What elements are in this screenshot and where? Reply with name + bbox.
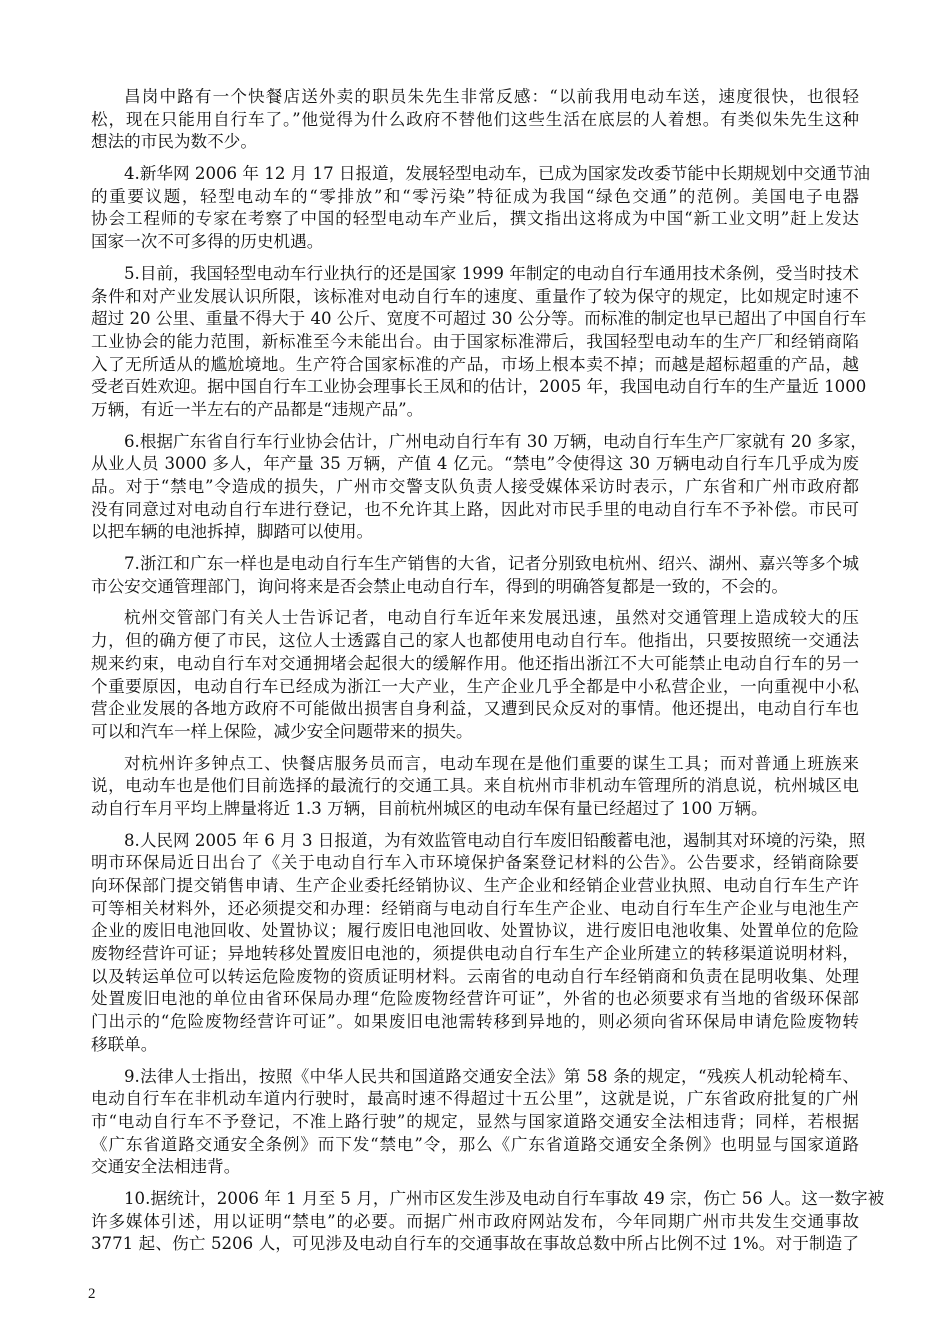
text-line: 对杭州许多钟点工、快餐店服务员而言，电动车现在是他们重要的谋生工具；而对普通上班… bbox=[91, 753, 859, 776]
paragraph-4: 4.新华网 2006 年 12 月 17 日报道，发展轻型电动车，已成为国家发改… bbox=[91, 163, 859, 254]
text-line: 明市环保局近日出台了《关于电动自行车入市环境保护备案登记材料的公告》。公告要求，… bbox=[91, 852, 859, 875]
text-line: 个重要原因，电动自行车已经成为浙江一大产业，生产企业几乎全都是中小私营企业，一向… bbox=[91, 676, 859, 699]
text-line: 市“电动自行车不予登记，不准上路行驶”的规定，显然与国家道路交通安全法相违背；同… bbox=[91, 1111, 859, 1134]
paragraph-7-workers: 对杭州许多钟点工、快餐店服务员而言，电动车现在是他们重要的谋生工具；而对普通上班… bbox=[91, 753, 859, 821]
text-line: 6.根据广东省自行车行业协会估计，广州电动自行车有 30 万辆，电动自行车生产厂… bbox=[91, 431, 859, 454]
paragraph-8: 8.人民网 2005 年 6 月 3 日报道，为有效监管电动自行车废旧铅酸蓄电池… bbox=[91, 830, 859, 1057]
text-line: 移联单。 bbox=[91, 1034, 859, 1057]
text-line: 以把车辆的电池拆掉，脚踏可以使用。 bbox=[91, 521, 859, 544]
text-line: 交通安全法相违背。 bbox=[91, 1156, 859, 1179]
text-line: 《广东省道路交通安全条例》而下发“禁电”令，那么《广东省道路交通安全条例》也明显… bbox=[91, 1134, 859, 1157]
page-number: 2 bbox=[88, 1286, 96, 1303]
text-line: 入了无所适从的尴尬境地。生产符合国家标准的产品，市场上根本卖不掉；而越是超标超重… bbox=[91, 354, 859, 377]
paragraph-continuation: 昌岗中路有一个快餐店送外卖的职员朱先生非常反感：“以前我用电动车送，速度很快，也… bbox=[91, 86, 859, 154]
text-line: 昌岗中路有一个快餐店送外卖的职员朱先生非常反感：“以前我用电动车送，速度很快，也… bbox=[91, 86, 859, 109]
paragraph-9: 9.法律人士指出，按照《中华人民共和国道路交通安全法》第 58 条的规定，“残疾… bbox=[91, 1066, 859, 1179]
text-line: 门出示的“危险废物经营许可证”。如果废旧电池需转移到异地的，则必须向省环保局申请… bbox=[91, 1011, 859, 1034]
text-line: 电动自行车在非机动车道内行驶时，最高时速不得超过十五公里”，这就是说，广东省政府… bbox=[91, 1088, 859, 1111]
text-line: 条件和对产业发展认识所限，该标准对电动自行车的速度、重量作了较为保守的规定，比如… bbox=[91, 286, 859, 309]
text-line: 以及转运单位可以转运危险废物的资质证明材料。云南省的电动自行车经销商和负责在昆明… bbox=[91, 966, 859, 989]
text-line: 的重要议题，轻型电动车的“零排放”和“零污染”特征成为我国“绿色交通”的范例。美… bbox=[91, 186, 859, 209]
text-line: 市公安交通管理部门，询问将来是否会禁止电动自行车，得到的明确答复都是一致的，不会… bbox=[91, 576, 859, 599]
text-line: 8.人民网 2005 年 6 月 3 日报道，为有效监管电动自行车废旧铅酸蓄电池… bbox=[91, 830, 859, 853]
text-line: 万辆，有近一半左右的产品都是“违规产品”。 bbox=[91, 399, 859, 422]
text-line: 超过 20 公里、重量不得大于 40 公斤、宽度不可超过 30 公分等。而标准的… bbox=[91, 308, 859, 331]
text-line: 想法的市民为数不少。 bbox=[91, 131, 859, 154]
text-line: 7.浙江和广东一样也是电动自行车生产销售的大省，记者分别致电杭州、绍兴、湖州、嘉… bbox=[91, 553, 859, 576]
text-line: 废物经营许可证；异地转移处置废旧电池的，须提供电动自行车生产企业所建立的转移渠道… bbox=[91, 943, 859, 966]
text-line: 3771 起、伤亡 5206 人，可见涉及电动自行车的交通事故在事故总数中所占比… bbox=[91, 1233, 859, 1256]
paragraph-7: 7.浙江和广东一样也是电动自行车生产销售的大省，记者分别致电杭州、绍兴、湖州、嘉… bbox=[91, 553, 859, 598]
text-line: 力，但的确方便了市民，这位人士透露自己的家人也都使用电动自行车。他指出，只要按照… bbox=[91, 630, 859, 653]
text-line: 处置废旧电池的单位由省环保局办理“危险废物经营许可证”，外省的也必须要求有当地的… bbox=[91, 988, 859, 1011]
text-line: 营企业发展的各地方政府不可能做出损害自身利益，又遭到民众反对的事情。他还提出，电… bbox=[91, 698, 859, 721]
paragraph-7-hangzhou: 杭州交管部门有关人士告诉记者，电动自行车近年来发展迅速，虽然对交通管理上造成较大… bbox=[91, 607, 859, 743]
text-line: 5.目前，我国轻型电动车行业执行的还是国家 1999 年制定的电动自行车通用技术… bbox=[91, 263, 859, 286]
text-line: 可等相关材料外，还必须提交和办理：经销商与电动自行车生产企业、电动自行车生产企业… bbox=[91, 898, 859, 921]
text-line: 协会工程师的专家在考察了中国的轻型电动车产业后，撰文指出这将成为中国“新工业文明… bbox=[91, 208, 859, 231]
text-line: 企业的废旧电池回收、处置协议；履行废旧电池回收、处置协议，进行废旧电池收集、处置… bbox=[91, 920, 859, 943]
text-line: 工业协会的能力范围，新标准至今未能出台。由于国家标准滞后，我国轻型电动车的生产厂… bbox=[91, 331, 859, 354]
paragraph-5: 5.目前，我国轻型电动车行业执行的还是国家 1999 年制定的电动自行车通用技术… bbox=[91, 263, 859, 422]
text-line: 9.法律人士指出，按照《中华人民共和国道路交通安全法》第 58 条的规定，“残疾… bbox=[91, 1066, 859, 1089]
document-page: 昌岗中路有一个快餐店送外卖的职员朱先生非常反感：“以前我用电动车送，速度很快，也… bbox=[91, 86, 859, 1265]
paragraph-10: 10.据统计，2006 年 1 月至 5 月，广州市区发生涉及电动自行车事故 4… bbox=[91, 1188, 859, 1256]
text-line: 10.据统计，2006 年 1 月至 5 月，广州市区发生涉及电动自行车事故 4… bbox=[91, 1188, 859, 1211]
text-line: 许多媒体引述，用以证明“禁电”的必要。而据广州市政府网站发布，今年同期广州市共发… bbox=[91, 1211, 859, 1234]
text-line: 4.新华网 2006 年 12 月 17 日报道，发展轻型电动车，已成为国家发改… bbox=[91, 163, 859, 186]
text-line: 可以和汽车一样上保险，减少安全问题带来的损失。 bbox=[91, 721, 859, 744]
paragraph-6: 6.根据广东省自行车行业协会估计，广州电动自行车有 30 万辆，电动自行车生产厂… bbox=[91, 431, 859, 544]
text-line: 杭州交管部门有关人士告诉记者，电动自行车近年来发展迅速，虽然对交通管理上造成较大… bbox=[91, 607, 859, 630]
text-line: 松，现在只能用自行车了。”他觉得为什么政府不替他们这些生活在底层的人着想。有类似… bbox=[91, 109, 859, 132]
text-line: 从业人员 3000 多人，年产量 35 万辆，产值 4 亿元。“禁电”令使得这 … bbox=[91, 453, 859, 476]
text-line: 国家一次不可多得的历史机遇。 bbox=[91, 231, 859, 254]
text-line: 向环保部门提交销售申请、生产企业委托经销协议、生产企业和经销企业营业执照、电动自… bbox=[91, 875, 859, 898]
text-line: 规来约束，电动自行车对交通拥堵会起很大的缓解作用。他还指出浙江不大可能禁止电动自… bbox=[91, 653, 859, 676]
text-line: 动自行车月平均上牌量将近 1.3 万辆，目前杭州城区的电动车保有量已经超过了 1… bbox=[91, 798, 859, 821]
text-line: 受老百姓欢迎。据中国自行车工业协会理事长王凤和的估计，2005 年，我国电动自行… bbox=[91, 376, 859, 399]
text-line: 品。对于“禁电”令造成的损失，广州市交警支队负责人接受媒体采访时表示，广东省和广… bbox=[91, 476, 859, 499]
text-line: 说，电动车也是他们目前选择的最流行的交通工具。来自杭州市非机动车管理所的消息说，… bbox=[91, 775, 859, 798]
text-line: 没有同意过对电动自行车进行登记，也不允许其上路，因此对市民手里的电动自行车不予补… bbox=[91, 499, 859, 522]
